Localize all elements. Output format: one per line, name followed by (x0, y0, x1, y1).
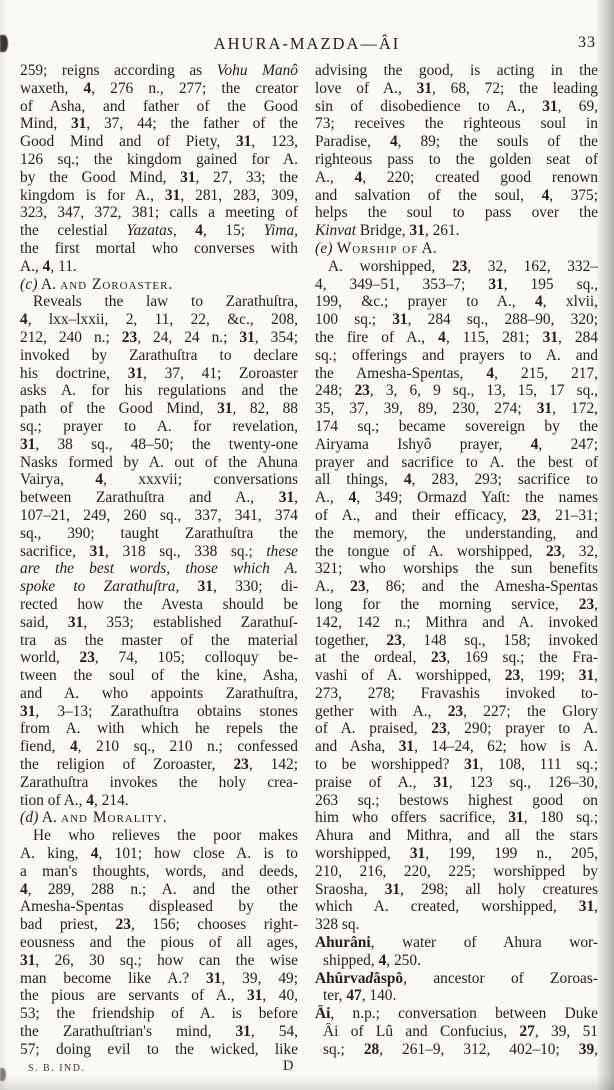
text-line: of A., and their efficacy, 23, 21–31; (315, 507, 598, 525)
entry-block: Ahurâni, water of Ahura wor-shipped, 4, … (315, 934, 598, 970)
text-line: sq., 390; taught Zarathuſtra the (20, 525, 298, 543)
text-line: the religion of Zoroaster, 23, 142; (20, 756, 298, 774)
text-line: between Zarathuſtra and A., 31, (20, 489, 298, 507)
text-line: Amesha-Spentas displeased by the (20, 898, 298, 916)
text-line: rected how the Avesta should be (20, 596, 298, 614)
text-line: him who offers sacrifice, 31, 180 sq.; (315, 809, 598, 827)
page-number: 33 (578, 34, 596, 52)
text-line: spoke to Zarathuſtra, 31, 330; di- (20, 578, 298, 596)
text-line: Airyama Ishyô prayer, 4, 247; (315, 436, 598, 454)
text-line: Âi, n.p.; conversation between Duke (315, 1005, 598, 1023)
text-line: 321; who worships the sun benefits (315, 560, 598, 578)
text-line: shipped, 4, 250. (315, 952, 598, 970)
text-line: 323, 347, 372, 381; calls a meeting of (20, 204, 298, 222)
text-line: 107–21, 249, 260 sq., 337, 341, 374 (20, 507, 298, 525)
text-line: world, 23, 74, 105; colloquy be- (20, 649, 298, 667)
text-line: A., 4, 220; created good renown (315, 169, 598, 187)
text-line: the fire of A., 4, 115, 281; 31, 284 (315, 329, 598, 347)
text-line: waxeth, 4, 276 n., 277; the creator (20, 80, 298, 98)
text-line: Âi of Lû and Confucius, 27, 39, 51 (315, 1023, 598, 1041)
text-line: gether with A., 23, 227; the Glory (315, 703, 598, 721)
text-line: 31, 26, 30 sq.; how can the wise (20, 952, 298, 970)
text-line: Paradise, 4, 89; the souls of the (315, 133, 598, 151)
text-line: 263 sq.; bestows highest good on (315, 792, 598, 810)
text-line: 142, 142 n.; Mithra and A. invoked (315, 614, 598, 632)
text-line: invoked by Zarathuſtra to declare (20, 347, 298, 365)
text-line: helps the soul to pass over the (315, 204, 598, 222)
text-line: Reveals the law to Zarathuſtra, (20, 293, 298, 311)
text-line: A. worshipped, 23, 32, 162, 332– (315, 258, 598, 276)
text-line: 31, 38 sq., 48–50; the twenty-one (20, 436, 298, 454)
text-line: 126 sq.; the kingdom gained for A. (20, 151, 298, 169)
heading-block: (e) Worship of A. (315, 240, 598, 258)
text-line: 73; receives the righteous soul in (315, 115, 598, 133)
text-line: 4, 349–51, 353–7; 31, 195 sq., (315, 276, 598, 294)
text-line: the tongue of A. worshipped, 23, 32, (315, 543, 598, 561)
text-line: the pious are servants of A., 31, 40, (20, 987, 298, 1005)
text-line: asks A. for his regulations and the (20, 382, 298, 400)
text-line: 174 sq.; became sovereign by the (315, 418, 598, 436)
text-line: from A. with which he repels the (20, 720, 298, 738)
paragraph-block: He who relieves the poor makesA. king, 4… (20, 827, 298, 1058)
text-line: 35, 37, 39, 89, 230, 274; 31, 172, (315, 400, 598, 418)
text-line: Good Mind and of Piety, 31, 123, (20, 133, 298, 151)
text-line: prayer and sacrifice to A. the best of (315, 454, 598, 472)
text-line: man become like A.? 31, 39, 49; (20, 970, 298, 988)
text-line: sin of disobedience to A., 31, 69, (315, 98, 598, 116)
text-line: all things, 4, 283, 293; sacrifice to (315, 471, 598, 489)
text-line: the Amesha-Spentas, 4, 215, 217, (315, 365, 598, 383)
text-line: the celestial Yazatas, 4, 15; Yima, (20, 222, 298, 240)
text-line: Ahura and Mithra, and all the stars (315, 827, 598, 845)
text-line: 328 sq. (315, 916, 598, 934)
text-line: Kinvat Bridge, 31, 261. (315, 222, 598, 240)
text-line: vashi of A. worshipped, 23, 199; 31, (315, 667, 598, 685)
entry-block: Ahûrvadâspô, ancestor of Zoroas-ter, 47,… (315, 970, 598, 1006)
text-line: at the ordeal, 23, 169 sq.; the Fra- (315, 649, 598, 667)
text-line: the first mortal who converses with (20, 240, 298, 258)
text-line: 53; the friendship of A. is before (20, 1005, 298, 1023)
text-line: Vairya, 4, xxxvii; conversations (20, 471, 298, 489)
text-line: Nasks formed by A. out of the Ahuna (20, 454, 298, 472)
heading-block: (c) A. and Zoroaster. (20, 276, 298, 294)
text-line: (d) A. and Morality. (20, 809, 298, 827)
text-line: by the Good Mind, 31, 27, 33; the (20, 169, 298, 187)
text-line: A., 23, 86; and the Amesha-Spentas (315, 578, 598, 596)
left-column: 259; reigns according as Vohu Manôwaxeth… (20, 62, 298, 1059)
text-line: to be worshipped? 31, 108, 111 sq.; (315, 756, 598, 774)
text-line: A., 4, 11. (20, 258, 298, 276)
text-line: A. king, 4, 101; how close A. is to (20, 845, 298, 863)
text-line: 210, 216, 220, 225; worshipped by (315, 863, 598, 881)
entry-block: Âi, n.p.; conversation between DukeÂi of… (315, 1005, 598, 1058)
text-line: path of the Good Mind, 31, 82, 88 (20, 400, 298, 418)
text-line: ter, 47, 140. (315, 987, 598, 1005)
text-line: 4, lxx–lxxii, 2, 11, 22, &c., 208, (20, 311, 298, 329)
text-line: sq.; offerings and prayers to A. and (315, 347, 598, 365)
paragraph-block: A. worshipped, 23, 32, 162, 332–4, 349–5… (315, 258, 598, 934)
book-page: AHURA-MAZDA—ÂI 33 259; reigns according … (0, 0, 614, 1090)
text-line: tion of A., 4, 214. (20, 792, 298, 810)
text-line: 248; 23, 3, 6, 9 sq., 13, 15, 17 sq., (315, 382, 598, 400)
text-line: tra as the master of the material (20, 632, 298, 650)
text-line: 31, 3–13; Zarathuſtra obtains stones (20, 703, 298, 721)
series-signature: S. B. IND. (28, 1063, 86, 1074)
text-line: tween the soul of the kine, Asha, (20, 667, 298, 685)
right-column: advising the good, is acting in thelove … (315, 62, 598, 1059)
text-line: a man's thoughts, words, and deeds, (20, 863, 298, 881)
text-line: Sraosha, 31, 298; all holy creatures (315, 881, 598, 899)
running-title: AHURA-MAZDA—ÂI (0, 34, 614, 54)
text-line: righteous pass to the golden seat of (315, 151, 598, 169)
text-line: long for the morning service, 23, (315, 596, 598, 614)
text-line: Ahûrvadâspô, ancestor of Zoroas- (315, 970, 598, 988)
text-line: Ahurâni, water of Ahura wor- (315, 934, 598, 952)
text-line: eousness and the pious of all ages, (20, 934, 298, 952)
gathering-mark: D (283, 1058, 293, 1075)
text-line: his doctrine, 31, 37, 41; Zoroaster (20, 365, 298, 383)
text-line: advising the good, is acting in the (315, 62, 598, 80)
continuation-block: advising the good, is acting in thelove … (315, 62, 598, 240)
text-line: the memory, the understanding, and (315, 525, 598, 543)
text-line: the Zarathuſtrian's mind, 31, 54, (20, 1023, 298, 1041)
text-line: and salvation of the soul, 4, 375; (315, 187, 598, 205)
text-line: 100 sq.; 31, 284 sq., 288–90, 320; (315, 311, 598, 329)
text-line: kingdom is for A., 31, 281, 283, 309, (20, 187, 298, 205)
text-line: love of A., 31, 68, 72; the leading (315, 80, 598, 98)
text-line: of A. praised, 23, 290; prayer to A. (315, 720, 598, 738)
paragraph-block: Reveals the law to Zarathuſtra,4, lxx–lx… (20, 293, 298, 809)
text-line: 259; reigns according as Vohu Manô (20, 62, 298, 80)
text-line: (e) Worship of A. (315, 240, 598, 258)
text-line: fiend, 4, 210 sq., 210 n.; confessed (20, 738, 298, 756)
text-line: of Asha, and father of the Good (20, 98, 298, 116)
text-line: Mind, 31, 37, 44; the father of the (20, 115, 298, 133)
text-line: said, 31, 353; established Zarathuſ- (20, 614, 298, 632)
text-line: which A. created, worshipped, 31, (315, 898, 598, 916)
text-line: 273, 278; Fravashis invoked to- (315, 685, 598, 703)
text-line: sq.; prayer to A. for revelation, (20, 418, 298, 436)
text-line: 4, 289, 288 n.; A. and the other (20, 881, 298, 899)
heading-block: (d) A. and Morality. (20, 809, 298, 827)
text-line: and A. who appoints Zarathuſtra, (20, 685, 298, 703)
page-footer: S. B. IND. D (0, 1056, 614, 1078)
continuation-block: 259; reigns according as Vohu Manôwaxeth… (20, 62, 298, 276)
page-header: AHURA-MAZDA—ÂI 33 (0, 34, 614, 54)
text-line: bad priest, 23, 156; chooses right- (20, 916, 298, 934)
text-line: and Asha, 31, 14–24, 62; how is A. (315, 738, 598, 756)
text-line: (c) A. and Zoroaster. (20, 276, 298, 294)
text-line: worshipped, 31, 199, 199 n., 205, (315, 845, 598, 863)
text-columns: 259; reigns according as Vohu Manôwaxeth… (20, 62, 600, 1059)
text-line: Zarathuſtra invokes the holy crea- (20, 774, 298, 792)
text-line: He who relieves the poor makes (20, 827, 298, 845)
text-line: A., 4, 349; Ormazd Yaſt: the names (315, 489, 598, 507)
text-line: praise of A., 31, 123 sq., 126–30, (315, 774, 598, 792)
text-line: 212, 240 n.; 23, 24, 24 n.; 31, 354; (20, 329, 298, 347)
text-line: 199, &c.; prayer to A., 4, xlvii, (315, 293, 598, 311)
text-line: together, 23, 148 sq., 158; invoked (315, 632, 598, 650)
text-line: sacrifice, 31, 318 sq., 338 sq.; these (20, 543, 298, 561)
text-line: are the best words, those which A. (20, 560, 298, 578)
